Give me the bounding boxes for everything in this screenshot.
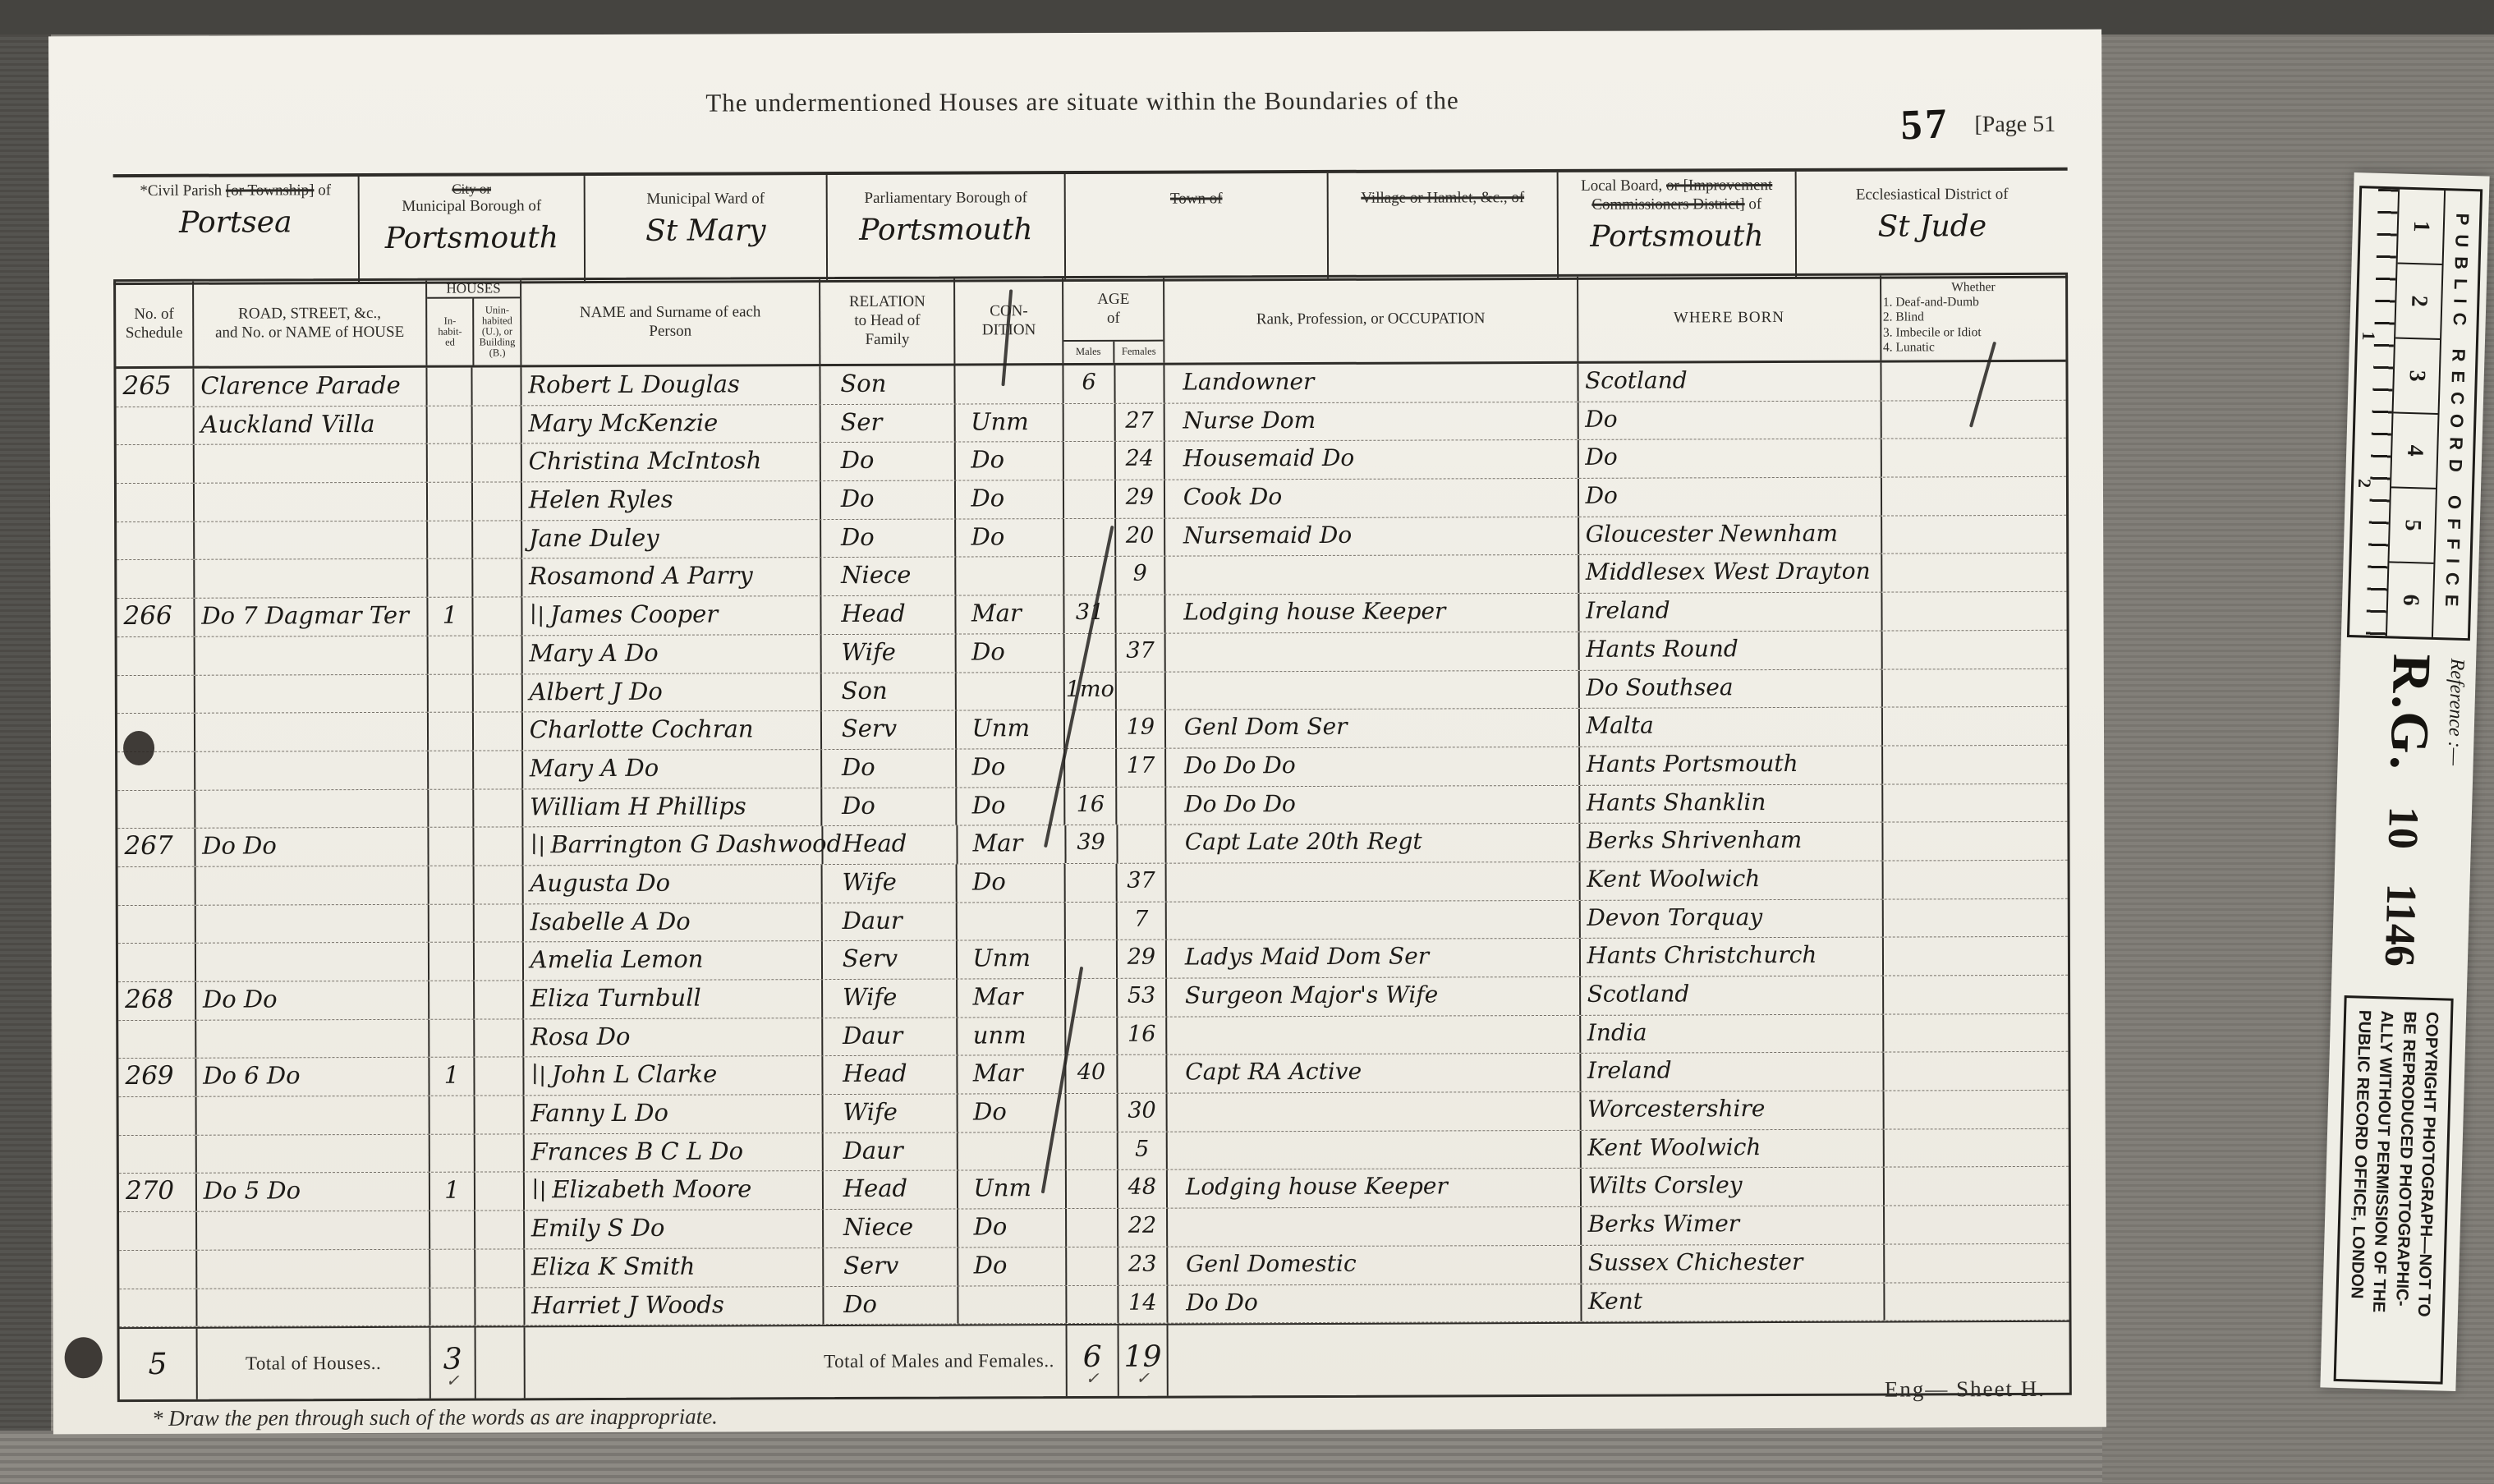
cell-age-female: 48	[1118, 1170, 1168, 1208]
cell-relation: Son	[822, 673, 958, 710]
record-row: 265Clarence ParadeRobert L DouglasSon6La…	[116, 362, 2065, 407]
record-row: Augusta DoWifeDo37Kent Woolwich	[118, 861, 2068, 906]
cell-age-female: 23	[1118, 1247, 1168, 1284]
cell-relation: Serv	[822, 711, 958, 749]
cell-relation: Serv	[823, 941, 958, 979]
cell-road-name	[195, 483, 428, 521]
cell-schedule-number	[118, 1020, 196, 1058]
cell-houses-uninhabited	[475, 1058, 524, 1096]
cell-age-male	[1067, 1285, 1118, 1323]
cell-condition: Mar	[958, 979, 1066, 1017]
cell-houses-uninhabited	[475, 1134, 525, 1172]
cell-houses-inhabited	[429, 866, 475, 904]
cell-relation: Head	[824, 1171, 959, 1209]
cell-houses-inhabited: 1	[430, 1173, 475, 1211]
cell-age-male	[1067, 1170, 1118, 1208]
cell-occupation	[1166, 670, 1580, 709]
cell-occupation	[1167, 900, 1581, 939]
cell-occupation: Do Do Do	[1166, 785, 1580, 824]
cell-where-born: Berks Wimer	[1582, 1206, 1885, 1245]
cell-disability	[1882, 477, 2067, 515]
record-row: Mary A DoWifeDo37Hants Round	[117, 631, 2067, 676]
cell-road-name: Clarence Parade	[194, 368, 427, 407]
cell-age-female: 29	[1118, 940, 1167, 978]
cell-age-female: 16	[1118, 1017, 1167, 1054]
cell-occupation: Capt Late 20th Regt	[1167, 824, 1581, 862]
cell-schedule-number: 269	[118, 1059, 196, 1096]
cell-road-name	[196, 1096, 429, 1135]
page-title: The undermentioned Houses are situate wi…	[705, 85, 1459, 117]
cell-person-name: Robert L Douglas	[521, 366, 820, 405]
cell-road-name: Auckland Villa	[194, 406, 427, 444]
cell-houses-uninhabited	[474, 751, 523, 788]
cell-houses-uninhabited	[475, 1019, 524, 1057]
cell-houses-inhabited	[428, 406, 473, 443]
cell-occupation: Capt RA Active	[1167, 1054, 1581, 1092]
total-females-value: 19✓	[1118, 1325, 1168, 1396]
cell-condition	[959, 1286, 1068, 1324]
cell-road-name	[195, 444, 428, 483]
record-row: William H PhillipsDoDo16Do Do DoHants Sh…	[117, 783, 2067, 829]
cell-schedule-number	[119, 1097, 197, 1135]
cell-houses-inhabited: 1	[429, 1058, 475, 1096]
col-header-houses: HOUSES In- habit- ed Unin- habited (U.),…	[427, 280, 521, 365]
cell-age-female: 14	[1118, 1285, 1168, 1323]
cell-person-name: Helen Ryles	[522, 481, 821, 520]
cell-houses-uninhabited	[474, 674, 523, 712]
cell-condition	[958, 903, 1066, 940]
cell-condition: Do	[957, 519, 1065, 557]
local-board-value: Portsmouth	[1559, 219, 1795, 254]
record-row: 269Do 6 Do1\\John L ClarkeHeadMar40Capt …	[118, 1052, 2068, 1097]
cell-road-name	[196, 1019, 429, 1058]
cell-person-name: Albert J Do	[523, 673, 822, 712]
header-field-village: Village or Hamlet, &c., of	[1329, 172, 1559, 278]
cell-occupation: Cook Do	[1165, 479, 1579, 517]
cell-houses-inhabited: 1	[428, 598, 473, 636]
cell-condition: unm	[958, 1018, 1067, 1055]
cell-condition: Unm	[958, 1170, 1067, 1208]
cell-disability	[1882, 631, 2067, 668]
cell-person-name: Augusta Do	[523, 865, 822, 903]
header-field-civil-parish: *Civil Parish [or Township] of Portsea	[113, 177, 360, 283]
cell-age-female	[1117, 672, 1166, 710]
header-field-town: Town of	[1066, 173, 1329, 279]
cell-age-female: 24	[1116, 442, 1165, 480]
cell-condition: Do	[958, 749, 1066, 787]
cell-houses-inhabited	[429, 904, 475, 942]
cell-person-name: \\Barrington G Dashwood	[523, 826, 823, 865]
cell-relation: Daur	[824, 1133, 959, 1170]
record-row: Jane DuleyDoDo20Nursemaid DoGloucester N…	[117, 516, 2066, 561]
cell-disability	[1883, 937, 2068, 975]
cell-schedule-number	[117, 522, 195, 560]
cell-disability	[1883, 861, 2068, 898]
cell-condition	[957, 557, 1065, 595]
cell-road-name	[196, 1135, 429, 1174]
cell-where-born: Hants Round	[1579, 631, 1882, 669]
cell-relation: Son	[820, 366, 956, 404]
cell-where-born: India	[1581, 1014, 1884, 1053]
cell-occupation: Lodging house Keeper	[1168, 1169, 1582, 1207]
total-houses-label: Total of Houses..	[197, 1328, 431, 1399]
cell-disability	[1881, 362, 2066, 400]
cell-road-name: Do Do	[195, 828, 429, 866]
cell-age-female: 9	[1116, 557, 1165, 595]
col-header-schedule: No. of Schedule	[116, 282, 194, 366]
cell-age-male	[1065, 749, 1117, 787]
col-header-uninhabited: Unin- habited (U.), or Building (B.)	[475, 299, 521, 365]
cell-person-name: Eliza Turnbull	[524, 980, 823, 1018]
record-row: Eliza K SmithServDo23Genl DomesticSussex…	[119, 1244, 2069, 1289]
cell-houses-inhabited	[429, 1019, 475, 1057]
cell-road-name	[195, 521, 428, 560]
cell-person-name: Harriet J Woods	[525, 1287, 824, 1325]
cell-relation: Wife	[821, 634, 957, 672]
total-males-value: 6✓	[1068, 1325, 1119, 1396]
cell-houses-uninhabited	[475, 943, 524, 981]
cell-where-born: Do	[1578, 401, 1881, 439]
cell-relation: Do	[821, 519, 957, 557]
cell-schedule-number: 267	[117, 829, 195, 866]
cell-disability	[1882, 668, 2067, 706]
cell-houses-inhabited	[429, 713, 474, 751]
col-header-occupation: Rank, Profession, or OCCUPATION	[1164, 277, 1578, 363]
cell-age-female: 7	[1118, 902, 1167, 940]
cell-road-name	[195, 636, 428, 675]
cell-schedule-number: 265	[116, 369, 194, 407]
cell-age-female	[1116, 595, 1165, 633]
cell-schedule-number: 270	[119, 1174, 197, 1211]
cell-age-male	[1064, 557, 1116, 595]
cell-houses-inhabited	[430, 1249, 475, 1287]
cell-age-female: 53	[1118, 979, 1167, 1017]
cell-road-name	[195, 713, 429, 751]
cell-houses-inhabited	[430, 1134, 475, 1172]
table-body: 265Clarence ParadeRobert L DouglasSon6La…	[116, 362, 2069, 1327]
cell-person-name: \\John L Clarke	[524, 1056, 823, 1095]
cell-road-name: Do 6 Do	[196, 1058, 429, 1096]
cell-where-born: Do	[1578, 478, 1881, 517]
cell-relation: Niece	[824, 1210, 959, 1247]
pro-ruler: PUBLIC RECORD OFFICE 1 2 3 4 5 6 1 2	[2347, 186, 2483, 641]
cell-age-female: 17	[1117, 748, 1166, 786]
record-row: Frances B C L DoDaur5Kent Woolwich	[119, 1129, 2069, 1174]
cell-schedule-number	[117, 560, 195, 598]
col-header-disability: Whether 1. Deaf-and-Dumb 2. Blind 3. Imb…	[1881, 275, 2066, 361]
cell-occupation: Nursemaid Do	[1165, 517, 1579, 556]
cell-occupation: Landowner	[1164, 364, 1578, 402]
cell-road-name	[197, 1211, 430, 1250]
cell-relation: Do	[822, 788, 958, 825]
cell-houses-uninhabited	[475, 1096, 524, 1133]
cell-road-name: Do Do	[196, 981, 429, 1020]
cell-schedule-number	[119, 1251, 197, 1289]
cell-where-born: Gloucester Newnham	[1579, 516, 1882, 554]
cell-houses-inhabited	[429, 981, 475, 1019]
cell-occupation	[1167, 1092, 1581, 1131]
cell-where-born: Kent Woolwich	[1581, 1129, 1884, 1168]
cell-road-name: Do 5 Do	[197, 1173, 430, 1211]
cell-age-male	[1067, 1247, 1118, 1285]
cell-houses-uninhabited	[473, 482, 522, 520]
cell-condition: Do	[958, 1209, 1067, 1247]
cell-age-male	[1067, 1094, 1118, 1132]
tally-tick: ✓	[1124, 1373, 1162, 1381]
col-header-where-born: WHERE BORN	[1578, 276, 1881, 361]
cell-disability	[1882, 554, 2067, 591]
cell-schedule-number: 266	[117, 599, 195, 636]
col-header-males: Males	[1063, 342, 1114, 363]
cell-houses-inhabited	[428, 521, 473, 558]
cell-where-born: Hants Christchurch	[1580, 938, 1883, 976]
schedule-total-value: 5	[120, 1329, 198, 1399]
record-row: Fanny L DoWifeDo30Worcestershire	[119, 1091, 2069, 1136]
cell-person-name: Rosa Do	[524, 1018, 823, 1057]
cell-age-female: 5	[1118, 1132, 1168, 1169]
cell-relation: Head	[823, 826, 958, 864]
cell-age-female: 27	[1116, 403, 1165, 441]
cell-person-name: Eliza K Smith	[525, 1248, 824, 1287]
record-row: 270Do 5 Do1\\Elizabeth MooreHeadUnm48Lod…	[119, 1167, 2069, 1212]
cell-age-male	[1067, 1133, 1118, 1170]
cell-houses-uninhabited	[474, 789, 523, 827]
cell-age-female: 29	[1116, 480, 1165, 518]
record-row: Emily S DoNieceDo22Berks Wimer	[119, 1206, 2069, 1251]
cell-person-name: Jane Duley	[522, 520, 821, 558]
reference-label: Reference :—	[2437, 658, 2469, 984]
cell-occupation: Ladys Maid Dom Ser	[1167, 939, 1581, 977]
cell-houses-uninhabited	[475, 1288, 525, 1325]
record-row: 268Do DoEliza TurnbullWifeMar53Surgeon M…	[118, 976, 2068, 1021]
cell-houses-uninhabited	[475, 1249, 525, 1287]
cell-houses-inhabited	[429, 828, 474, 866]
cell-occupation	[1167, 1016, 1581, 1054]
cell-age-male	[1065, 634, 1117, 672]
header-field-municipal-ward: Municipal Ward of St Mary	[586, 175, 828, 281]
cell-houses-uninhabited	[475, 981, 524, 1018]
cell-person-name: Mary A Do	[522, 635, 821, 673]
cell-disability	[1884, 1167, 2069, 1205]
cell-houses-inhabited	[428, 483, 473, 521]
header-field-ecclesiastical-district: Ecclesiastical District of St Jude	[1797, 171, 2068, 277]
cell-where-born: Berks Shrivenham	[1580, 823, 1883, 861]
totals-row: 5 Total of Houses.. 3✓ Total of Males an…	[120, 1321, 2069, 1399]
record-row: Charlotte CochranServUnm19Genl Dom SerMa…	[117, 707, 2067, 752]
col-header-name: NAME and Surname of each Person	[521, 279, 820, 365]
cell-where-born: Scotland	[1578, 363, 1881, 402]
cell-occupation	[1165, 632, 1579, 671]
cell-where-born: Kent Woolwich	[1580, 861, 1883, 900]
cell-road-name	[196, 904, 429, 943]
cell-where-born: Wilts Corsley	[1581, 1168, 1884, 1206]
cell-person-name: Fanny L Do	[524, 1095, 823, 1133]
cell-houses-inhabited	[430, 1288, 475, 1325]
cell-occupation: Nurse Dom	[1164, 402, 1578, 441]
record-row: Christina McIntoshDoDo24Housemaid DoDo	[117, 439, 2066, 484]
cell-houses-uninhabited	[473, 406, 522, 443]
cell-condition: Do	[959, 1247, 1068, 1285]
cell-person-name: Amelia Lemon	[524, 941, 823, 980]
cell-houses-inhabited	[429, 789, 474, 827]
cell-person-name: \\James Cooper	[522, 596, 821, 635]
cell-houses-inhabited	[429, 636, 474, 673]
cell-age-female	[1118, 1055, 1167, 1093]
cell-houses-uninhabited	[474, 828, 523, 866]
cell-where-born: Scotland	[1581, 976, 1884, 1015]
civil-parish-value: Portsea	[113, 205, 358, 240]
cell-houses-inhabited	[428, 444, 473, 482]
cell-age-male: 6	[1064, 365, 1116, 403]
cell-houses-uninhabited	[473, 521, 522, 558]
ink-blot	[65, 1337, 103, 1378]
cell-houses-uninhabited	[474, 866, 523, 903]
cell-houses-inhabited	[429, 674, 474, 712]
enumeration-table: No. of Schedule ROAD, STREET, &c., and N…	[113, 273, 2072, 1402]
cell-person-name: Christina McIntosh	[522, 443, 821, 481]
cell-relation: Wife	[823, 1095, 958, 1133]
cell-age-male	[1064, 442, 1116, 480]
total-males-females-label: Total of Males and Females..	[525, 1325, 1068, 1398]
cell-relation: Head	[821, 596, 957, 634]
cell-where-born: Do	[1578, 439, 1881, 478]
cell-disability	[1885, 1282, 2069, 1320]
cell-where-born: Devon Torquay	[1580, 899, 1883, 938]
cell-disability	[1884, 1129, 2069, 1167]
header-field-parliamentary-borough: Parliamentary Borough of Portsmouth	[828, 174, 1066, 280]
cell-occupation	[1166, 862, 1580, 901]
ecclesiastical-district-value: St Jude	[1797, 209, 2068, 244]
record-row: Rosamond A ParryNiece9Middlesex West Dra…	[117, 554, 2066, 599]
cell-road-name	[195, 674, 429, 713]
record-row: Albert J DoSon1moDo Southsea	[117, 668, 2067, 714]
cell-road-name	[197, 1250, 430, 1289]
cell-occupation	[1165, 555, 1579, 594]
cell-age-male	[1066, 1018, 1118, 1055]
col-header-relation: RELATION to Head of Family	[820, 279, 956, 365]
cell-relation: Niece	[821, 558, 957, 595]
cell-schedule-number	[117, 484, 195, 521]
cell-occupation: Genl Domestic	[1168, 1246, 1582, 1284]
cell-relation: Daur	[823, 903, 958, 940]
cell-age-male: 39	[1066, 825, 1118, 863]
pro-strip-content: PUBLIC RECORD OFFICE 1 2 3 4 5 6 1 2 Ref…	[2320, 172, 2489, 1391]
cell-road-name	[195, 751, 429, 790]
record-row: Mary A DoDoDo17Do Do DoHants Portsmouth	[117, 746, 2067, 791]
cell-houses-inhabited	[427, 368, 472, 406]
cell-age-male	[1066, 864, 1118, 902]
col-header-females: Females	[1114, 342, 1164, 363]
cell-age-female: 19	[1117, 710, 1166, 748]
cell-relation: Ser	[820, 404, 956, 442]
cell-condition: Unm	[958, 940, 1066, 978]
cell-disability	[1883, 783, 2068, 821]
municipal-borough-value: Portsmouth	[360, 221, 584, 255]
cell-person-name: Charlotte Cochran	[523, 711, 822, 750]
cell-schedule-number	[117, 407, 195, 444]
cell-where-born: Malta	[1579, 708, 1882, 747]
total-houses-value: 3✓	[431, 1328, 476, 1399]
cell-age-male	[1066, 902, 1118, 940]
cell-schedule-number	[117, 445, 195, 483]
cell-houses-inhabited	[430, 1096, 475, 1134]
cell-occupation: Housemaid Do	[1165, 440, 1579, 479]
household-divider-mark: \\	[526, 1171, 552, 1209]
cell-person-name: William H Phillips	[523, 788, 822, 827]
cell-houses-inhabited	[429, 943, 475, 981]
cell-schedule-number	[118, 867, 196, 905]
parliamentary-borough-value: Portsmouth	[828, 213, 1064, 247]
cell-occupation: Lodging house Keeper	[1165, 594, 1579, 632]
cell-road-name	[195, 789, 429, 828]
cell-age-female	[1118, 825, 1167, 863]
tally-tick: ✓	[1083, 1374, 1102, 1382]
cell-houses-uninhabited	[474, 713, 523, 751]
cell-age-female: 37	[1118, 864, 1167, 902]
cell-where-born: Worcestershire	[1581, 1091, 1884, 1130]
cell-houses-inhabited	[428, 559, 473, 597]
cell-age-male: 16	[1065, 787, 1117, 825]
cell-occupation	[1168, 1207, 1582, 1246]
copyright-notice: COPYRIGHT PHOTOGRAPH—NOT TO BE REPRODUCE…	[2334, 995, 2453, 1385]
cell-houses-uninhabited	[475, 1173, 525, 1211]
cell-relation: Do	[824, 1286, 959, 1324]
cell-condition: Do	[956, 480, 1064, 518]
cell-houses-uninhabited	[473, 559, 522, 597]
cell-disability	[1881, 439, 2066, 476]
cell-houses-uninhabited	[473, 636, 522, 673]
cell-age-male	[1064, 404, 1116, 442]
cell-occupation	[1168, 1131, 1582, 1169]
cell-person-name: \\Elizabeth Moore	[525, 1172, 824, 1211]
cell-road-name: Do 7 Dagmar Ter	[195, 598, 428, 636]
cell-disability	[1885, 1244, 2069, 1282]
cell-condition: Unm	[956, 404, 1064, 442]
cell-occupation: Surgeon Major's Wife	[1167, 977, 1581, 1016]
cell-where-born: Hants Portsmouth	[1580, 746, 1883, 784]
cell-relation: Do	[821, 481, 957, 519]
photo-top-edge	[0, 0, 2494, 34]
cell-age-male	[1067, 1209, 1118, 1247]
cell-where-born: Sussex Chichester	[1582, 1244, 1885, 1283]
cell-houses-uninhabited	[473, 597, 522, 635]
header-field-municipal-borough: City orMunicipal Borough of Portsmouth	[360, 176, 586, 282]
household-divider-mark: \\	[526, 1056, 551, 1094]
cell-schedule-number	[119, 1212, 197, 1250]
cell-disability	[1882, 592, 2067, 630]
col-header-inhabited: In- habit- ed	[427, 299, 475, 365]
cell-condition	[957, 673, 1065, 710]
cell-disability	[1884, 976, 2069, 1013]
tally-tick: ✓	[443, 1376, 462, 1384]
reference-piece: 1146	[2375, 883, 2426, 967]
record-row: Auckland VillaMary McKenzieSerUnm27Nurse…	[117, 400, 2066, 445]
cell-relation: Serv	[824, 1247, 959, 1285]
cell-age-male	[1064, 480, 1116, 518]
cell-disability	[1885, 1206, 2069, 1243]
census-sheet: The undermentioned Houses are situate wi…	[48, 30, 2106, 1435]
cell-disability	[1882, 707, 2067, 745]
record-row: 267Do Do\\Barrington G DashwoodHeadMar39…	[117, 822, 2067, 867]
cell-age-male: 40	[1067, 1055, 1118, 1093]
cell-occupation: Do Do	[1168, 1284, 1582, 1322]
cell-relation: Head	[823, 1056, 958, 1094]
cell-relation: Do	[821, 443, 957, 480]
cell-schedule-number	[117, 675, 195, 713]
cell-relation: Daur	[823, 1018, 958, 1055]
cell-disability	[1884, 1013, 2069, 1051]
cell-road-name	[195, 866, 429, 905]
